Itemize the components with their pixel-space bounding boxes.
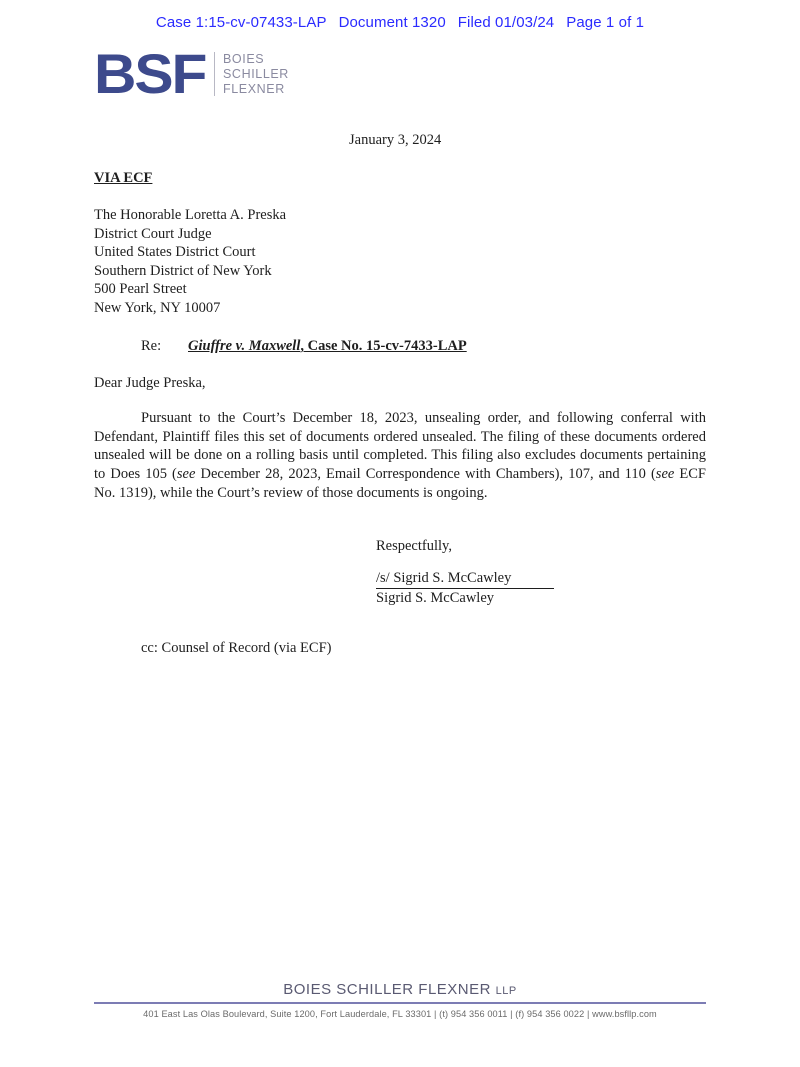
logo-word: BOIES (223, 52, 289, 67)
ecf-filing-header: Case 1:15-cv-07433-LAPDocument 1320Filed… (0, 14, 800, 31)
cc-line: cc: Counsel of Record (via ECF) (141, 639, 331, 658)
addressee-line: New York, NY 10007 (94, 299, 286, 318)
body-text: December 28, 2023, Email Correspondence … (195, 466, 655, 482)
firm-logo: BSF BOIES SCHILLER FLEXNER (94, 50, 289, 98)
body-text-italic: see (656, 466, 675, 482)
re-label: Re: (141, 337, 161, 356)
case-number: , Case No. 15-cv-7433-LAP (300, 338, 466, 354)
logo-mark: BSF (94, 50, 205, 98)
logo-divider (214, 52, 215, 96)
ecf-case-number: Case 1:15-cv-07433-LAP (156, 14, 327, 31)
salutation: Dear Judge Preska, (94, 374, 206, 393)
addressee-line: United States District Court (94, 243, 286, 262)
footer-address: 401 East Las Olas Boulevard, Suite 1200,… (0, 1009, 800, 1019)
addressee-line: 500 Pearl Street (94, 280, 286, 299)
logo-wordmark: BOIES SCHILLER FLEXNER (223, 52, 289, 97)
addressee-line: Southern District of New York (94, 262, 286, 281)
footer-firm-suffix: LLP (496, 985, 517, 997)
logo-word: SCHILLER (223, 67, 289, 82)
addressee-block: The Honorable Loretta A. Preska District… (94, 206, 286, 318)
ecf-page-count: Page 1 of 1 (566, 14, 644, 31)
body-text-italic: see (177, 466, 196, 482)
ecf-document-number: Document 1320 (339, 14, 446, 31)
footer-firm-text: BOIES SCHILLER FLEXNER (283, 981, 491, 998)
logo-word: FLEXNER (223, 82, 289, 97)
delivery-method: VIA ECF (94, 169, 152, 188)
addressee-line: The Honorable Loretta A. Preska (94, 206, 286, 225)
addressee-line: District Court Judge (94, 225, 286, 244)
closing: Respectfully, (376, 537, 452, 556)
ecf-filed-date: Filed 01/03/24 (458, 14, 554, 31)
signer-name: Sigrid S. McCawley (376, 589, 494, 608)
case-name: Giuffre v. Maxwell (188, 338, 300, 354)
letter-date: January 3, 2024 (349, 131, 441, 150)
signature-line: /s/ Sigrid S. McCawley (376, 569, 554, 589)
footer-firm-name: BOIES SCHILLER FLEXNER LLP (0, 981, 800, 998)
footer-divider (94, 1002, 706, 1004)
body-paragraph: Pursuant to the Court’s December 18, 202… (94, 409, 706, 503)
re-subject: Giuffre v. Maxwell, Case No. 15-cv-7433-… (188, 337, 467, 356)
